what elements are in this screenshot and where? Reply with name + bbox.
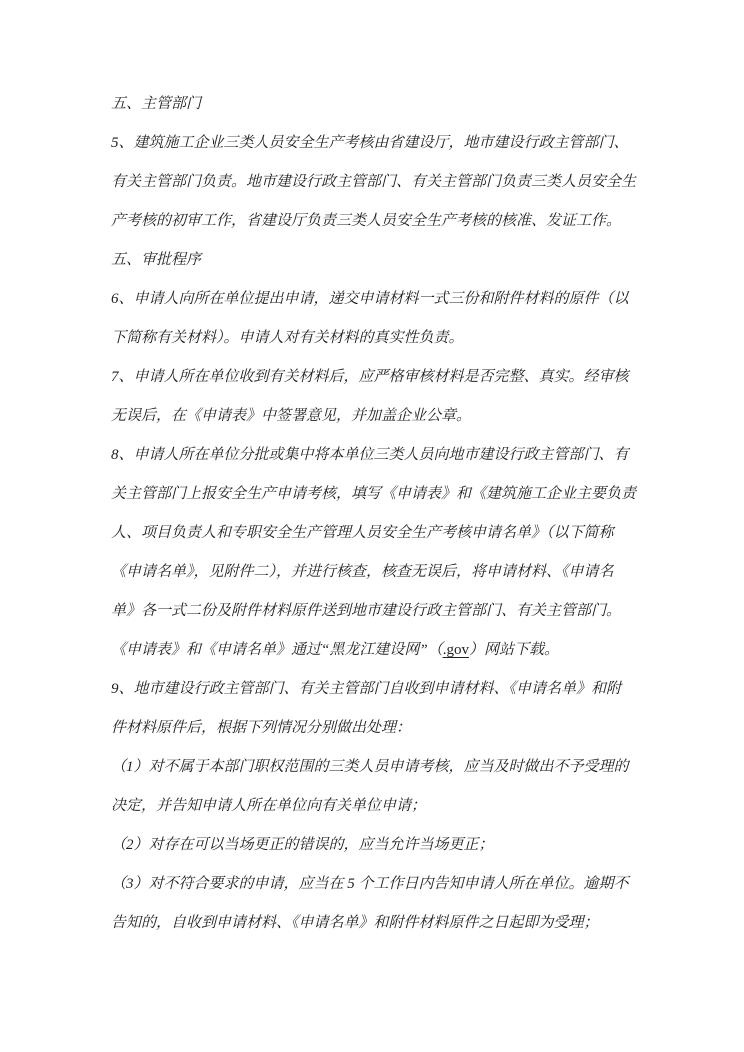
text-line: 关主管部门上报安全生产申请考核，填写《申请表》和《建筑施工企业主要负责 (111, 475, 639, 514)
text-line: 8、申请人所在单位分批或集中将本单位三类人员向地市建设行政主管部门、有 (111, 436, 639, 475)
text-line: 单》各一式二份及附件材料原件送到地市建设行政主管部门、有关主管部门。 (111, 592, 639, 631)
text-line: 无误后，在《申请表》中签署意见，并加盖企业公章。 (111, 397, 639, 436)
text-line: 《申请名单》，见附件二），并进行核查，核查无误后，将申请材料、《申请名 (111, 553, 639, 592)
text-line: 件材料原件后，根据下列情况分别做出处理： (111, 709, 639, 748)
text-line: 告知的，自收到申请材料、《申请名单》和附件材料原件之日起即为受理； (111, 904, 639, 943)
text-line: 五、审批程序 (111, 241, 639, 280)
text-line: 人、项目负责人和专职安全生产管理人员安全生产考核申请名单》（以下简称 (111, 514, 639, 553)
text-line: 5、建筑施工企业三类人员安全生产考核由省建设厅，地市建设行政主管部门、 (111, 124, 639, 163)
text-line: 有关主管部门负责。地市建设行政主管部门、有关主管部门负责三类人员安全生 (111, 163, 639, 202)
text-line: 7、申请人所在单位收到有关材料后，应严格审核材料是否完整、真实。经审核 (111, 358, 639, 397)
text-line: 五、主管部门 (111, 85, 639, 124)
document-body: 五、主管部门5、建筑施工企业三类人员安全生产考核由省建设厅，地市建设行政主管部门… (111, 85, 639, 943)
text-line: （1）对不属于本部门职权范围的三类人员申请考核，应当及时做出不予受理的 (111, 748, 639, 787)
text-line: 下简称有关材料）。申请人对有关材料的真实性负责。 (111, 319, 639, 358)
text-line: 决定，并告知申请人所在单位向有关单位申请； (111, 787, 639, 826)
document-page: 五、主管部门5、建筑施工企业三类人员安全生产考核由省建设厅，地市建设行政主管部门… (0, 0, 744, 1052)
text-line: 6、申请人向所在单位提出申请，递交申请材料一式三份和附件材料的原件（以 (111, 280, 639, 319)
text-line: （3）对不符合要求的申请，应当在 5 个工作日内告知申请人所在单位。逾期不 (111, 865, 639, 904)
text-line: （2）对存在可以当场更正的错误的，应当允许当场更正； (111, 826, 639, 865)
gov-underlined-text: .gov (443, 642, 469, 658)
text-line: 9、地市建设行政主管部门、有关主管部门自收到申请材料、《申请名单》和附 (111, 670, 639, 709)
text-line: 《申请表》和《申请名单》通过“黑龙江建设网”（.gov）网站下载。 (111, 631, 639, 670)
text-line: 产考核的初审工作，省建设厅负责三类人员安全生产考核的核准、发证工作。 (111, 202, 639, 241)
